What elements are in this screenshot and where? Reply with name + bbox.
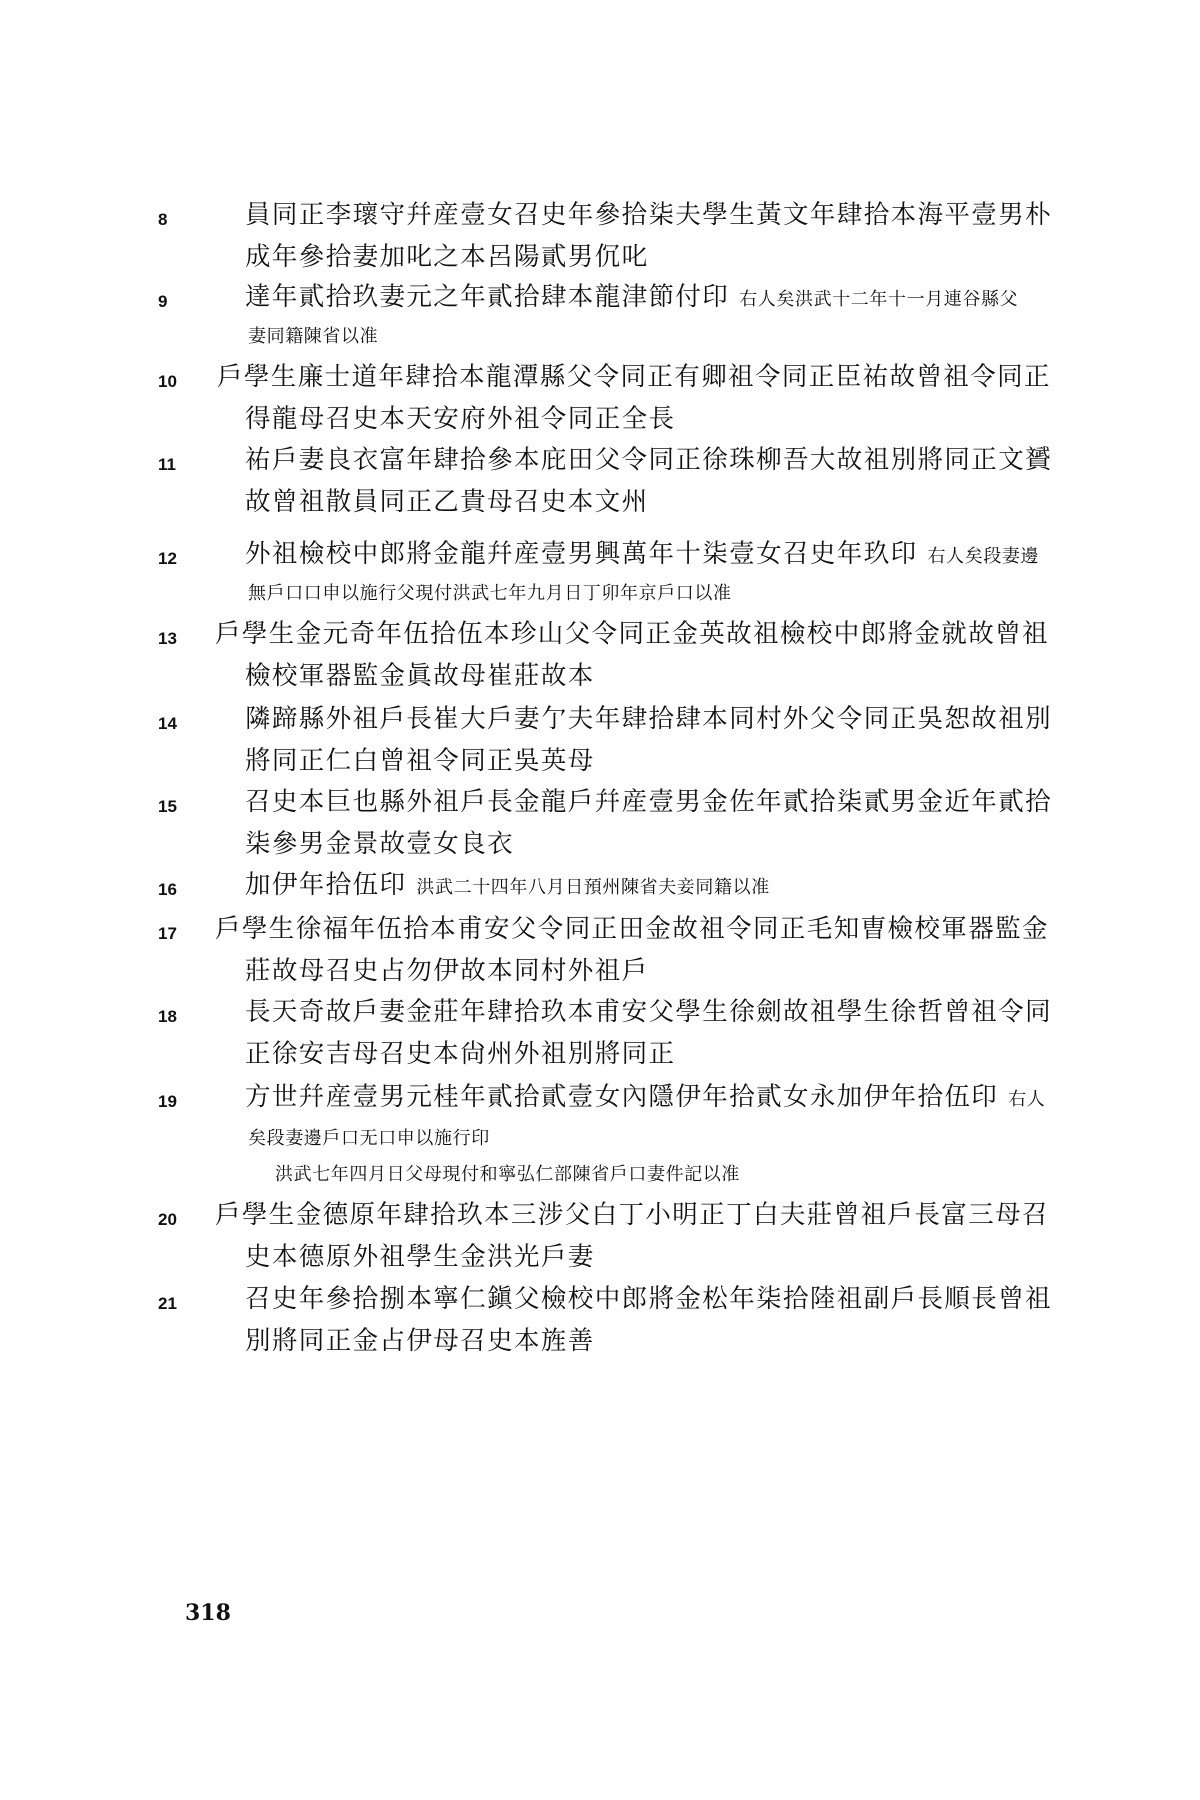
record-line: 戶學生金德原年肆拾玖本三涉父白丁小明正丁白夫莊曾祖戶長富三母召 [215, 1198, 1049, 1232]
line-number: 8 [158, 210, 198, 230]
annotation-note: 右人矣段妻邊 [928, 546, 1040, 567]
line-number: 16 [158, 880, 198, 900]
annotation-line: 妻同籍陳省以准 [248, 320, 378, 354]
record-line: 得龍母召史本天安府外祖令同正全長 [245, 402, 675, 436]
record-line: 史本德原外祖學生金洪光戶妻 [245, 1240, 595, 1274]
record-line: 方世幷産壹男元桂年貳拾貳壹女內隱伊年拾貳女永加伊年拾伍印右人 [245, 1080, 1045, 1117]
record-line: 別將同正金占伊母召史本旌善 [245, 1324, 595, 1358]
record-text: 外祖檢校中郎將金龍幷産壹男興萬年十柒壹女召史年玖印 [245, 539, 918, 569]
line-number: 12 [158, 549, 198, 569]
annotation-line: 洪武七年四月日父母現付和寧弘仁部陳省戶口妻件記以准 [275, 1158, 740, 1192]
record-line: 檢校軍器監金眞故母崔莊故本 [245, 659, 595, 693]
document-page: 8 員同正李瓌守幷産壹女召史年參拾柒夫學生黃文年肆拾本海平壹男朴 成年參拾妻加叱… [0, 0, 1200, 1800]
record-line: 外祖檢校中郎將金龍幷産壹男興萬年十柒壹女召史年玖印右人矣段妻邊 [245, 537, 1039, 574]
record-line: 正徐安吉母召史本尙州外祖別將同正 [245, 1037, 675, 1071]
record-line: 戶學生金元奇年伍拾伍本珍山父令同正金英故祖檢校中郎將金就故曾祖 [215, 617, 1049, 651]
record-line: 柒參男金景故壹女良衣 [245, 827, 514, 861]
line-number: 21 [158, 1294, 198, 1314]
record-line: 成年參拾妻加叱之本呂陽貳男伔叱 [245, 240, 649, 274]
record-line: 加伊年拾伍印洪武二十四年八月日預州陳省夫妾同籍以准 [245, 868, 770, 905]
record-line: 隣蹄縣外祖戶長崔大戶妻亇夫年肆拾肆本同村外父令同正吳恕故祖別 [245, 702, 1052, 736]
record-text: 達年貳拾玖妻元之年貳拾肆本龍津節付印 [245, 282, 729, 312]
record-line: 召史年參拾捌本寧仁鎭父檢校中郎將金松年柒拾陸祖副戶長順長曾祖 [245, 1282, 1052, 1316]
record-line: 戶學生徐福年伍拾本甫安父令同正田金故祖令同正毛知曺檢校軍器監金 [215, 912, 1049, 946]
record-text: 加伊年拾伍印 [245, 870, 406, 900]
line-number: 13 [158, 629, 198, 649]
annotation-note: 右人矣洪武十二年十一月連谷縣父 [739, 289, 1018, 310]
line-number: 15 [158, 797, 198, 817]
record-text: 方世幷産壹男元桂年貳拾貳壹女內隱伊年拾貳女永加伊年拾伍印 [245, 1082, 998, 1112]
record-line: 達年貳拾玖妻元之年貳拾肆本龍津節付印右人矣洪武十二年十一月連谷縣父 [245, 280, 1018, 317]
annotation-line: 矣段妻邊戶口无口申以施行印 [248, 1122, 490, 1156]
line-number: 19 [158, 1092, 198, 1112]
record-line: 莊故母召史占勿伊故本同村外祖戶 [245, 954, 649, 988]
line-number: 11 [158, 455, 198, 475]
line-number: 17 [158, 924, 198, 944]
line-number: 20 [158, 1210, 198, 1230]
line-number: 14 [158, 714, 198, 734]
record-line: 長天奇故戶妻金莊年肆拾玖本甫安父學生徐劍故祖學生徐哲曾祖令同 [245, 995, 1052, 1029]
record-line: 員同正李瓌守幷産壹女召史年參拾柒夫學生黃文年肆拾本海平壹男朴 [245, 198, 1052, 232]
record-line: 戶學生廉士道年肆拾本龍潭縣父令同正有卿祖令同正臣祐故曾祖令同正 [217, 360, 1051, 394]
page-number: 318 [185, 1600, 231, 1626]
record-line: 召史本巨也縣外祖戶長金龍戶幷産壹男金佐年貳拾柒貳男金近年貳拾 [245, 785, 1052, 819]
annotation-note: 右人 [1008, 1089, 1045, 1110]
line-number: 18 [158, 1007, 198, 1027]
record-line: 將同正仁白曾祖令同正吳英母 [245, 744, 595, 778]
record-line: 祐戶妻良衣富年肆拾參本庇田父令同正徐珠柳吾大故祖別將同正文贇 [245, 443, 1052, 477]
line-number: 9 [158, 292, 198, 312]
annotation-note: 洪武二十四年八月日預州陳省夫妾同籍以准 [416, 877, 769, 898]
annotation-line: 無戶口口申以施行父現付洪武七年九月日丁卯年京戶口以准 [248, 577, 732, 611]
record-line: 故曾祖散員同正乙貴母召史本文州 [245, 485, 649, 519]
line-number: 10 [158, 372, 198, 392]
